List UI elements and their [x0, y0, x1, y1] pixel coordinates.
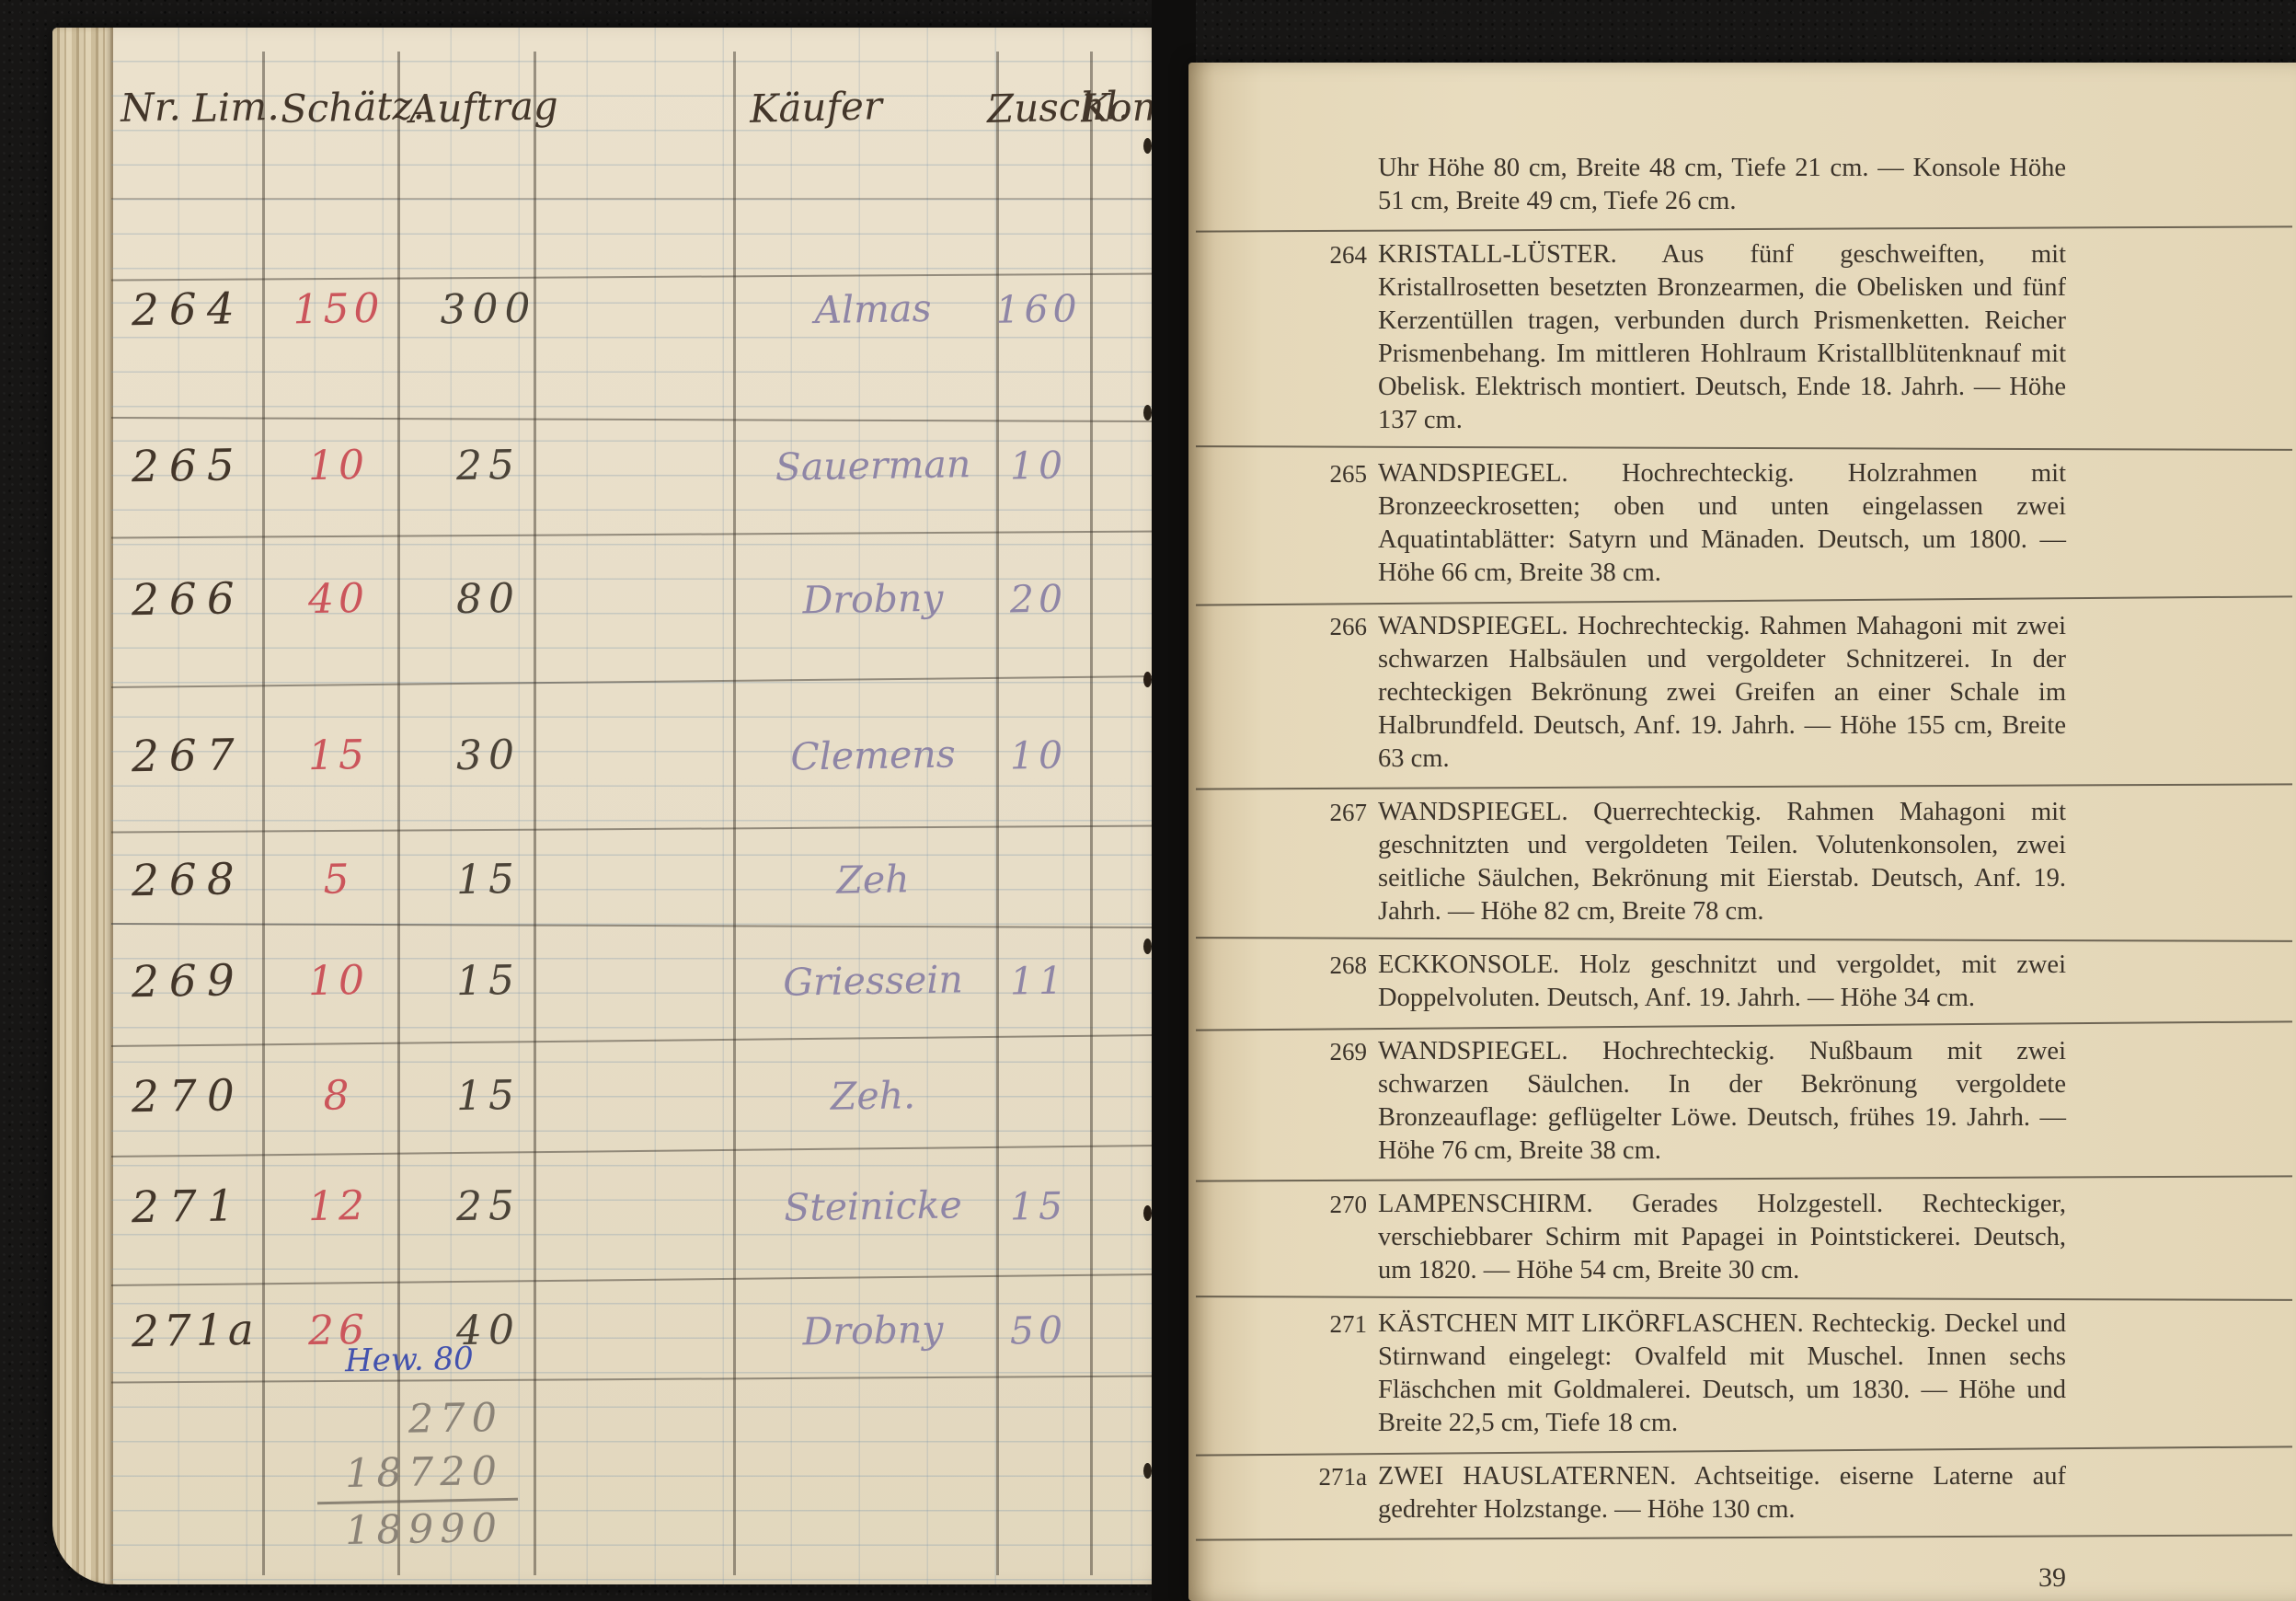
entry-number: 266 — [1303, 610, 1367, 643]
ledger-row: 270 8 15 Zeh. — [113, 1054, 1162, 1138]
binding-stitch-holes — [1143, 138, 1152, 154]
ledger-cell-kaeufer: Clemens — [746, 731, 1001, 780]
ledger-cell-schaetz: 15 — [417, 855, 561, 904]
catalog-entry: 270 LAMPENSCHIRM. Gerades Holzgestell. R… — [1378, 1180, 2066, 1297]
ledger-cell-lim: 5 — [277, 855, 401, 904]
ledger-row: 271 12 25 Steinicke 15 — [113, 1164, 1162, 1249]
entry-number: 271a — [1303, 1460, 1367, 1493]
ledger-cell-schaetz: 300 — [417, 284, 561, 334]
ledger-cell-kaeufer: Steinicke — [746, 1182, 1001, 1231]
ledger-cell-zuschl: 50 — [974, 1307, 1104, 1353]
catalog-entry: 269 WANDSPIEGEL. Hochrechteckig. Nußbaum… — [1378, 1027, 2066, 1178]
ledger-cell-schaetz: 30 — [417, 731, 561, 780]
entry-number: 265 — [1303, 457, 1367, 490]
entry-text: KRISTALL-LÜSTER. Aus fünf geschweiften, … — [1378, 240, 2066, 434]
ledger-cell-kaeufer: Almas — [746, 285, 1001, 334]
page-number: 39 — [1378, 1538, 2075, 1594]
entry-text: ECKKONSOLE. Holz geschnitzt und vergolde… — [1378, 950, 2066, 1012]
ledger-cell-zuschl: 10 — [974, 732, 1104, 778]
entry-text: WANDSPIEGEL. Hochrechteckig. Rahmen Maha… — [1378, 612, 2066, 773]
column-header-schaetz: Schätz. — [280, 83, 425, 132]
entry-number: 271 — [1303, 1307, 1367, 1341]
ledger-cell-schaetz: 80 — [417, 574, 561, 624]
entry-text: ZWEI HAUSLATERNEN. Achtseitige. eiserne … — [1378, 1462, 2066, 1524]
entry-number: 264 — [1303, 238, 1367, 271]
ledger-row: 267 15 30 Clemens 10 — [113, 713, 1162, 798]
ledger-cell-zuschl: 11 — [974, 958, 1104, 1004]
ledger-page: Nr. Lim. Schätz. Auftrag Käufer Zuschl. … — [52, 28, 1167, 1584]
ledger-row: 265 10 25 Sauerman 10 — [113, 423, 1162, 508]
entry-text: KÄSTCHEN MIT LIKÖRFLASCHEN. Rechteckig. … — [1378, 1309, 2066, 1437]
ledger-cell-lim: 8 — [277, 1071, 401, 1120]
catalog-page: Uhr Höhe 80 cm, Breite 48 cm, Tiefe 21 c… — [1188, 63, 2296, 1601]
catalog-entry: 271 KÄSTCHEN MIT LIKÖRFLASCHEN. Rechteck… — [1378, 1299, 2066, 1450]
ledger-cell-kaeufer: Drobny — [746, 1307, 1001, 1355]
ledger-cell-lim: 10 — [277, 441, 401, 490]
ledger-cell-zuschl: 160 — [974, 286, 1104, 332]
entry-text: WANDSPIEGEL. Hochrechteckig. Nußbaum mit… — [1378, 1037, 2066, 1165]
entry-number: 268 — [1303, 949, 1367, 982]
catalog-entry: 264 KRISTALL-LÜSTER. Aus fünf geschweift… — [1378, 230, 2066, 447]
ledger-cell-kaeufer: Griessein — [746, 957, 1001, 1006]
ledger-row: 264 150 300 Almas 160 — [113, 267, 1162, 351]
entry-number: 267 — [1303, 796, 1367, 829]
entry-number: 269 — [1303, 1035, 1367, 1068]
ledger-cell-zuschl: 10 — [974, 443, 1104, 489]
entry-text: WANDSPIEGEL. Querrechteckig. Rahmen Maha… — [1378, 798, 2066, 926]
column-header-lim: Lim. — [191, 84, 280, 131]
ledger-row: 269 10 15 Griessein 11 — [113, 939, 1162, 1023]
catalog-entry: 266 WANDSPIEGEL. Hochrechteckig. Rahmen … — [1378, 602, 2066, 786]
sum-addend: 270 — [290, 1395, 504, 1445]
catalog-entry: 271a ZWEI HAUSLATERNEN. Achtseitige. eis… — [1378, 1452, 2066, 1537]
entry-text: WANDSPIEGEL. Hochrechteckig. Holzrahmen … — [1378, 459, 2066, 587]
catalog-entry: 267 WANDSPIEGEL. Querrechteckig. Rahmen … — [1378, 788, 2066, 939]
ledger-cell-zuschl: 15 — [974, 1183, 1104, 1229]
sum-addend: 18720 — [290, 1448, 504, 1498]
ledger-cell-schaetz: 25 — [417, 1181, 561, 1231]
entry-continuation: Uhr Höhe 80 cm, Breite 48 cm, Tiefe 21 c… — [1378, 144, 2066, 228]
ledger-row: 268 5 15 Zeh — [113, 837, 1162, 922]
ledger-cell-kaeufer: Drobny — [746, 575, 1001, 624]
ledger-cell-lim: 150 — [277, 284, 401, 333]
page-stack-edges — [52, 28, 113, 1584]
entry-number: 270 — [1303, 1188, 1367, 1221]
entry-text: LAMPENSCHIRM. Gerades Holzgestell. Recht… — [1378, 1190, 2066, 1284]
ledger-cell-lim: 40 — [277, 574, 401, 623]
column-header-nr: Nr. — [120, 84, 181, 131]
ledger-cell-lim: 15 — [277, 731, 401, 779]
book-photo: Nr. Lim. Schätz. Auftrag Käufer Zuschl. … — [0, 0, 2296, 1601]
column-header-auftrag: Auftrag — [408, 83, 558, 132]
catalog-entry: 268 ECKKONSOLE. Holz geschnitzt und verg… — [1378, 940, 2066, 1025]
ledger-row: 266 40 80 Drobny 20 — [113, 557, 1162, 641]
row-separator-line — [111, 198, 1160, 200]
column-header-kaeufer: Käufer — [749, 83, 882, 132]
catalog-content: Uhr Höhe 80 cm, Breite 48 cm, Tiefe 21 c… — [1188, 63, 2296, 1594]
ledger-cell-schaetz: 15 — [417, 956, 561, 1006]
ledger-cell-schaetz: 25 — [417, 441, 561, 490]
sum-total: 18990 — [290, 1505, 504, 1555]
ledger-cell-kaeufer: Zeh — [746, 856, 1001, 904]
ledger-cell-kaeufer: Sauerman — [746, 442, 1001, 490]
blue-annotation: Hew. 80 — [345, 1341, 474, 1379]
ledger-cell-kaeufer: Zeh. — [746, 1072, 1001, 1121]
ledger-cell-zuschl: 20 — [974, 576, 1104, 622]
ledger-cell-lim: 12 — [277, 1181, 401, 1230]
ledger-cell-schaetz: 15 — [417, 1071, 561, 1121]
ledger-row: 271a 26 40 Drobny 50 — [113, 1288, 1162, 1373]
catalog-entry: 265 WANDSPIEGEL. Hochrechteckig. Holzrah… — [1378, 449, 2066, 600]
ledger-cell-lim: 10 — [277, 956, 401, 1005]
